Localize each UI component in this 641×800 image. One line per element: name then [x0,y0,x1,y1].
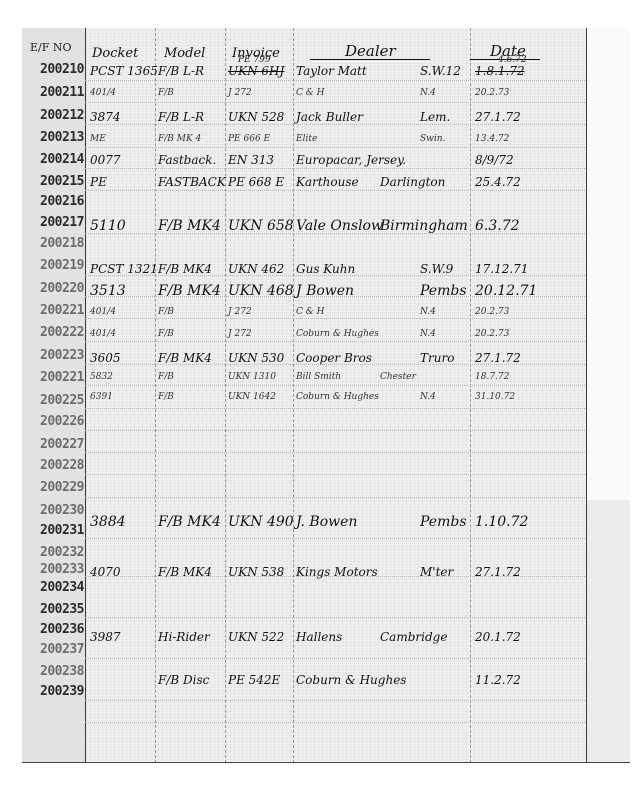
cell-model: F/B [158,392,174,402]
cell-dealer: Vale Onslow [296,218,383,234]
row-rule [85,474,585,475]
cell-invoice: UKN 468 [228,283,294,299]
cell-location: N.4 [420,392,436,402]
cell-model: FASTBACK [158,175,226,189]
row-rule [85,102,585,103]
ef-number: 200216 [24,194,84,209]
cell-docket: 401/4 [90,88,116,98]
cell-docket: 0077 [90,153,121,167]
ef-number: 200239 [24,684,84,699]
row-rule [85,658,585,659]
column-divider [293,28,294,763]
cell-model: F/B L-R [158,64,204,78]
cell-dealer: Europacar, Jersey. [296,153,406,167]
cell-dealer: Bill Smith [296,372,341,382]
cell-date: 17.12.71 [475,262,528,276]
cell-dealer: Karthouse [296,175,359,189]
cell-location: Birmingham [380,218,468,234]
cell-dealer: C & H [296,88,324,98]
row-rule [85,124,585,125]
ef-number: 200231 [24,523,84,538]
cell-date: 1.8.1.72 [475,64,525,78]
cell-invoice: UKN 538 [228,565,284,579]
cell-location: Chester [380,372,416,382]
row-rule [85,147,585,148]
cell-model: F/B L-R [158,110,204,124]
cell-model: Hi-Rider [158,630,210,644]
cell-date: 20.2.73 [475,88,509,98]
cell-dealer: Coburn & Hughes [296,392,379,402]
cell-dealer: J Bowen [296,283,354,299]
cell-date: 20.1.72 [475,630,521,644]
row-rule [85,385,585,386]
cell-dealer: J. Bowen [296,514,357,530]
cell-model: F/B MK4 [158,218,221,234]
bottom-rule [22,762,630,763]
column-divider [225,28,226,763]
date-correction: 4.6.72 [498,55,527,65]
cell-invoice: UKN 530 [228,351,284,365]
cell-model: Fastback. [158,153,216,167]
cell-model: F/B [158,88,174,98]
cell-docket: 3874 [90,110,121,124]
ef-number: 200211 [24,85,84,100]
ef-number: 200226 [24,414,84,429]
row-rule [85,430,585,431]
cell-invoice: UKN 490 [228,514,294,530]
header-dealer: Dealer [345,42,396,60]
cell-dealer: Coburn & Hughes [296,673,406,687]
row-rule [85,617,585,618]
column-divider [470,28,471,763]
cell-invoice: UKN 658 [228,218,294,234]
cell-dealer: Gus Kuhn [296,262,355,276]
ef-number: 200228 [24,458,84,473]
cell-location: Swin. [420,134,445,144]
row-rule [85,408,585,409]
cell-docket: 401/4 [90,329,116,339]
cell-date: 11.2.72 [475,673,521,687]
cell-invoice: UKN 1310 [228,372,276,382]
cell-date: 20.12.71 [475,283,537,299]
invoice-correction: PE 799 [238,55,271,65]
cell-invoice: UKN 522 [228,630,284,644]
cell-dealer: Hallens [296,630,342,644]
cell-docket: PCST 1321 [90,262,158,276]
cell-docket: 3513 [90,283,126,299]
cell-date: 20.2.73 [475,329,509,339]
cell-invoice: UKN 462 [228,262,284,276]
cell-model: F/B MK4 [158,262,212,276]
cell-dealer: Taylor Matt [296,64,367,78]
row-rule [85,168,585,169]
cell-model: F/B MK4 [158,283,221,299]
ef-number: 200230 [24,503,84,518]
row-rule [85,452,585,453]
cell-docket: 4070 [90,565,121,579]
cell-docket: 5110 [90,218,126,234]
header-dealer-underline [310,59,430,60]
cell-invoice: UKN 6HJ [228,64,284,78]
cell-docket: PCST 1365 [90,64,158,78]
cell-location: S.W.9 [420,262,453,276]
ef-number: 200217 [24,215,84,230]
cell-invoice: UKN 528 [228,110,284,124]
cell-docket: 3605 [90,351,121,365]
cell-docket: PE [90,175,107,189]
cell-model: F/B [158,307,174,317]
row-rule [85,497,585,498]
cell-model: F/B MK4 [158,565,212,579]
ef-number: 200219 [24,258,84,273]
header-docket: Docket [92,46,138,61]
cell-model: F/B MK4 [158,514,221,530]
column-divider [85,28,86,763]
header-model: Model [164,46,205,61]
cell-date: 13.4.72 [475,134,509,144]
cell-dealer: Coburn & Hughes [296,329,379,339]
cell-location: N.4 [420,329,436,339]
cell-dealer: Jack Buller [296,110,363,124]
row-rule [85,318,585,319]
cell-model: F/B Disc [158,673,209,687]
cell-location: Pembs [420,283,467,299]
cell-date: 31.10.72 [475,392,515,402]
cell-date: 27.1.72 [475,110,521,124]
cell-date: 1.10.72 [475,514,528,530]
cell-model: F/B [158,329,174,339]
cell-dealer: Kings Motors [296,565,378,579]
cell-invoice: J 272 [228,307,252,317]
row-rule [85,722,585,723]
cell-date: 25.4.72 [475,175,521,189]
ef-number: 200223 [24,348,84,363]
cell-location: Cambridge [380,630,447,644]
ef-number: 200234 [24,580,84,595]
cell-docket: 5832 [90,372,113,382]
ef-number: 200222 [24,325,84,340]
ef-number: 200210 [24,62,84,77]
ef-number: 200225 [24,393,84,408]
ef-number: 200227 [24,437,84,452]
ef-number: 200221 [24,303,84,318]
row-rule [85,341,585,342]
ef-number: 200229 [24,480,84,495]
column-divider [586,28,587,763]
ef-number: 200237 [24,642,84,657]
cell-docket: 3884 [90,514,126,530]
column-divider [155,28,156,763]
cell-location: M'ter [420,565,453,579]
row-rule [85,80,585,81]
cell-invoice: J 272 [228,329,252,339]
cell-date: 6.3.72 [475,218,520,234]
ef-number: 200220 [24,281,84,296]
cell-invoice: EN 313 [228,153,274,167]
cell-location: Pembs [420,514,467,530]
cell-dealer: Elite [296,134,317,144]
cell-invoice: UKN 1642 [228,392,276,402]
cell-location: Lem. [420,110,450,124]
header-ef-no: E/F NO [30,41,72,54]
cell-invoice: J 272 [228,88,252,98]
cell-invoice: PE 542E [228,673,280,687]
cell-model: F/B MK4 [158,351,212,365]
cell-docket: 401/4 [90,307,116,317]
ef-number: 200238 [24,664,84,679]
cell-date: 27.1.72 [475,565,521,579]
row-rule [85,700,585,701]
cell-dealer: Cooper Bros [296,351,372,365]
cell-docket: 3987 [90,630,121,644]
cell-location: Truro [420,351,454,365]
ef-number: 200232 [24,545,84,560]
ef-number: 200214 [24,152,84,167]
cell-invoice: PE 666 E [228,134,270,144]
cell-docket: 6391 [90,392,113,402]
cell-model: F/B MK 4 [158,134,201,144]
row-rule [85,538,585,539]
cell-invoice: PE 668 E [228,175,284,189]
page-right-edge-lower [586,500,630,763]
cell-location: Darlington [380,175,445,189]
cell-location: N.4 [420,307,436,317]
cell-docket: ME [90,134,106,144]
ef-number: 200212 [24,108,84,123]
ef-number: 200213 [24,130,84,145]
cell-dealer: C & H [296,307,324,317]
cell-location: S.W.12 [420,64,461,78]
ef-number: 200218 [24,236,84,251]
row-rule [85,190,585,191]
cell-date: 20.2.73 [475,307,509,317]
cell-date: 18.7.72 [475,372,509,382]
ef-number: 200235 [24,602,84,617]
cell-location: N.4 [420,88,436,98]
cell-date: 27.1.72 [475,351,521,365]
ef-number: 200215 [24,174,84,189]
cell-model: F/B [158,372,174,382]
cell-date: 8/9/72 [475,153,514,167]
ef-number: 200236 [24,622,84,637]
ef-number: 200221 [24,370,84,385]
ef-number: 200233 [24,562,84,577]
